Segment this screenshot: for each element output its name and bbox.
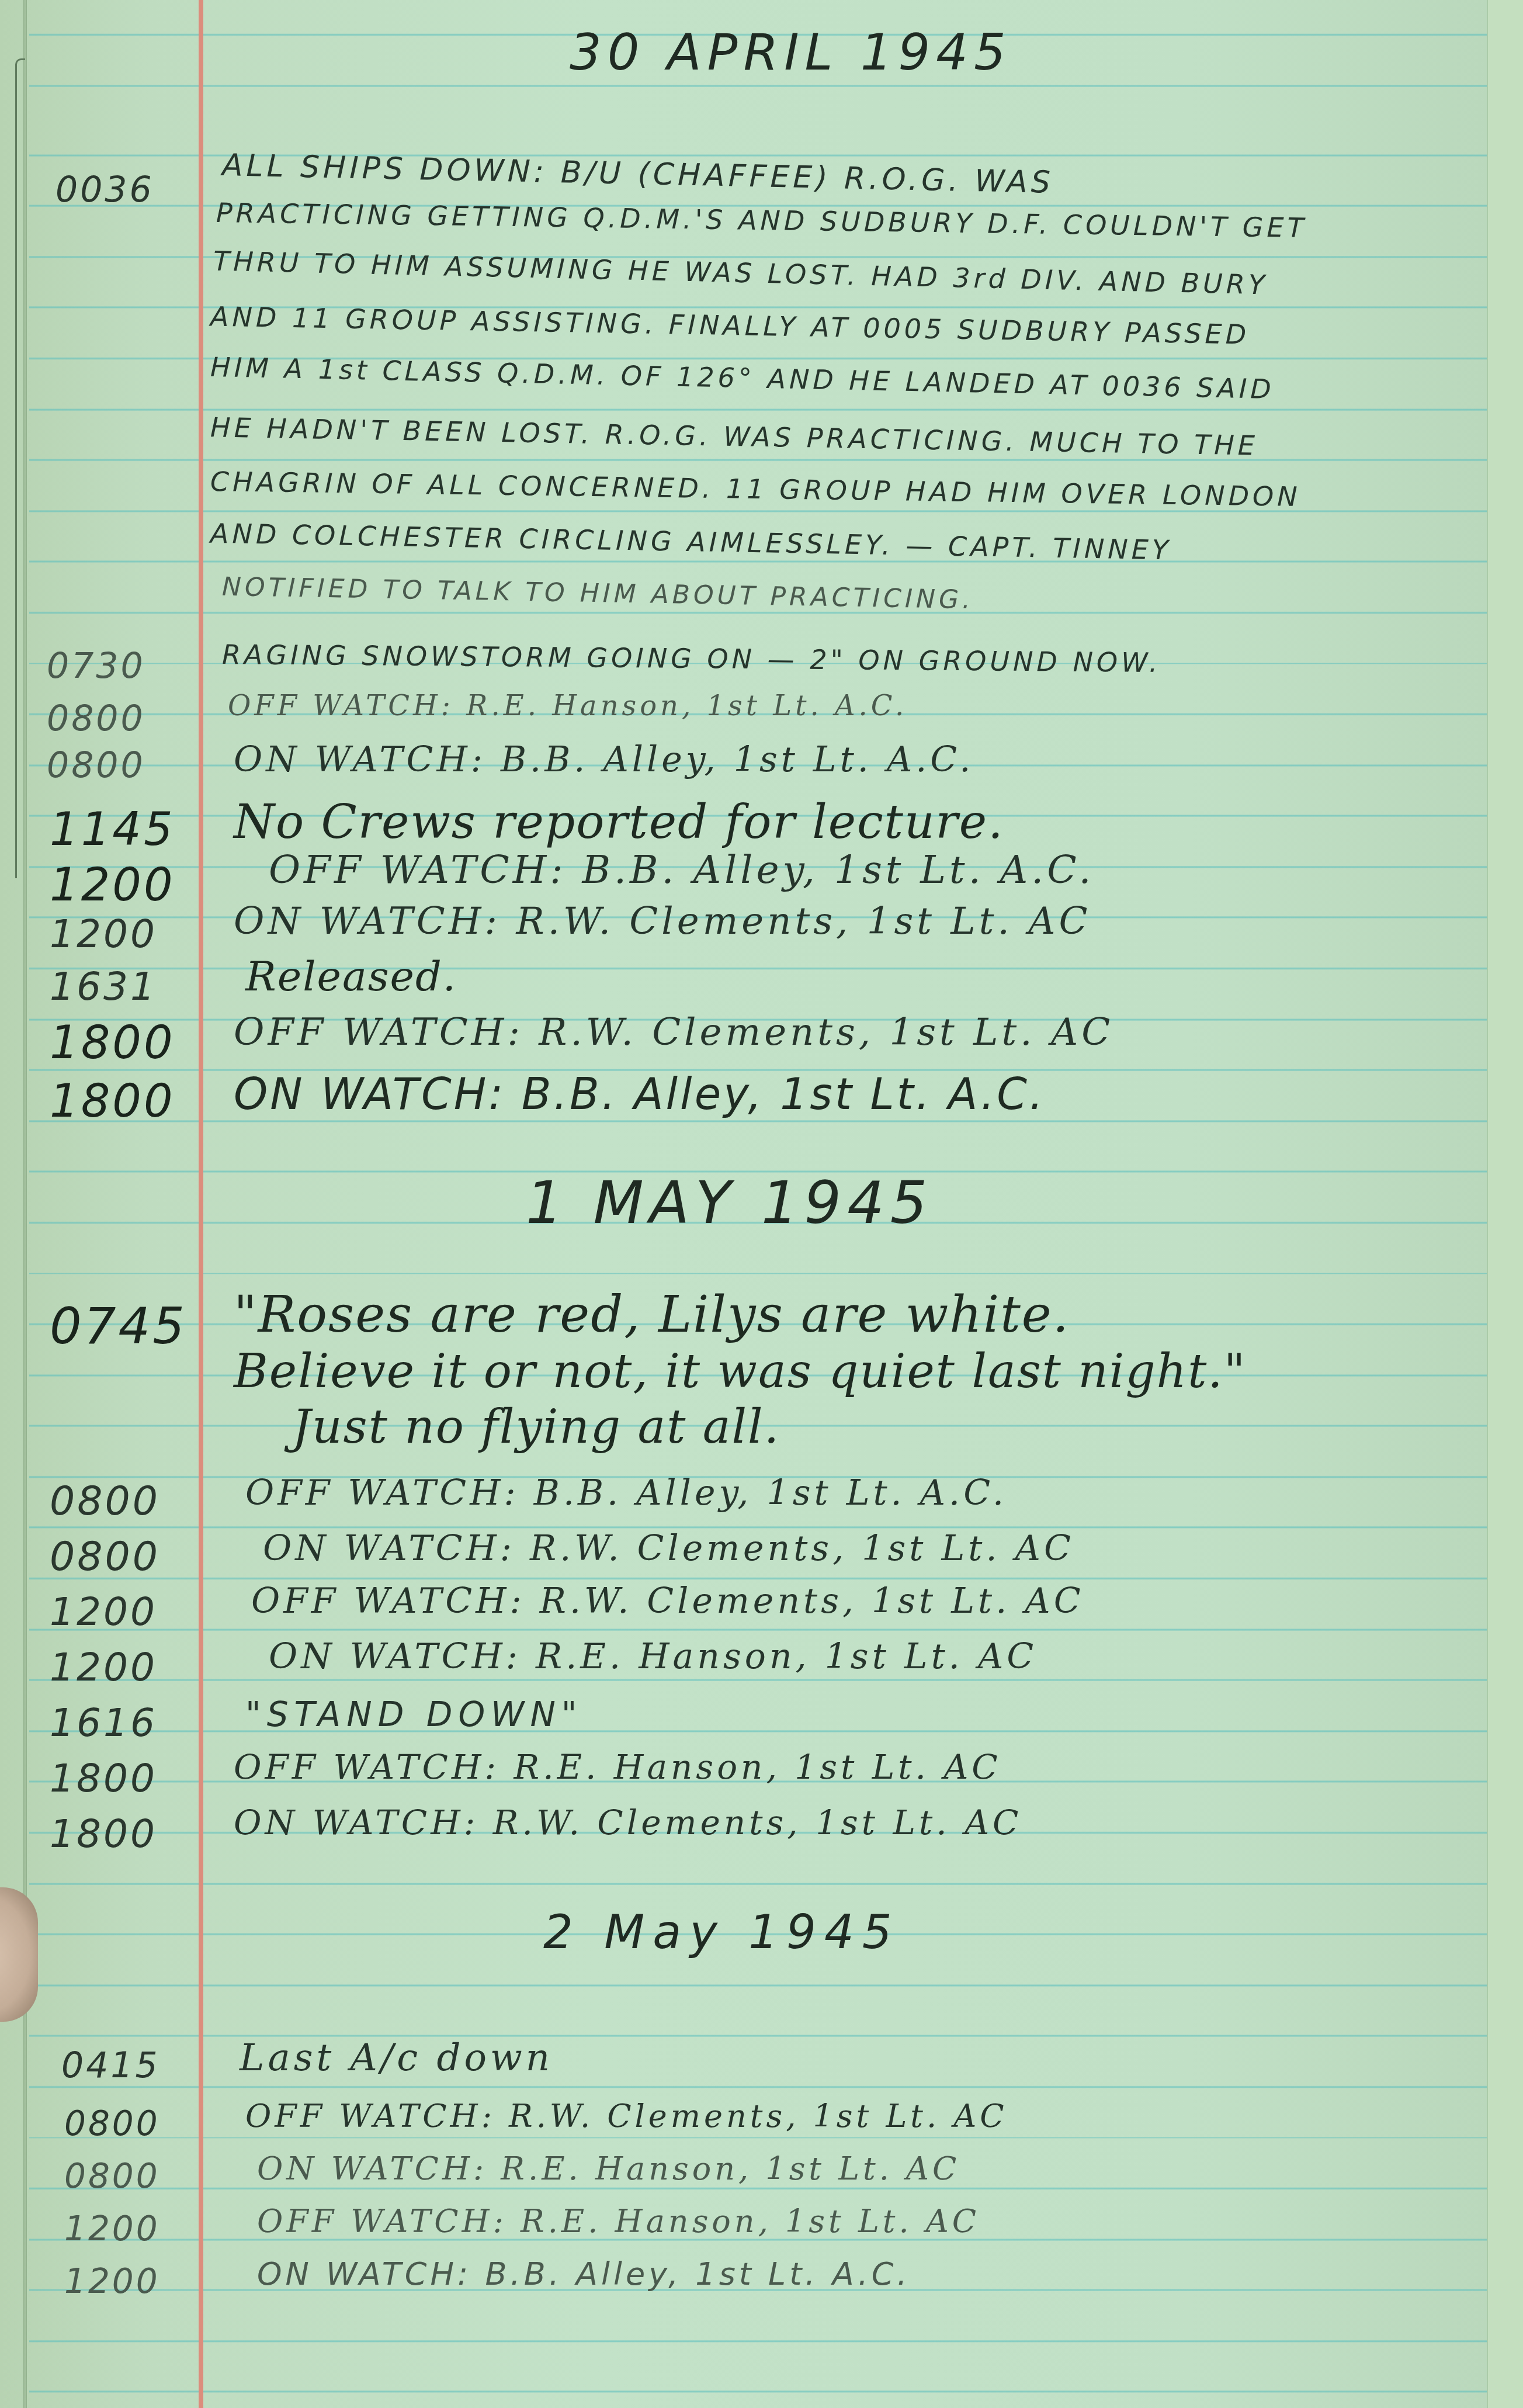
adjacent-page-edge (1487, 0, 1523, 2408)
entry-time: 1200 (50, 912, 157, 957)
entry-time: 1200 (50, 1645, 157, 1690)
entry-text: Just no flying at all. (292, 1399, 780, 1454)
watch-entry: OFF WATCH: R.E. Hanson, 1st Lt. A.C. (228, 690, 907, 722)
red-margin-line (199, 0, 203, 2408)
entry-time: 0800 (47, 745, 145, 786)
watch-entry: ON WATCH: B.B. Alley, 1st Lt. A.C. (234, 739, 974, 780)
entry-time: 1145 (50, 803, 175, 856)
entry-time: 0036 (55, 169, 154, 210)
entry-time: 1200 (64, 2261, 160, 2301)
entry-time: 0800 (50, 1534, 160, 1580)
thumb (0, 1887, 38, 2022)
watch-entry: ON WATCH: R.W. Clements, 1st Lt. AC (263, 1528, 1074, 1569)
watch-entry: OFF WATCH: R.W. Clements, 1st Lt. AC (251, 1581, 1084, 1621)
entry-time: 1616 (50, 1700, 157, 1745)
entry-text: Released. (245, 952, 457, 1000)
entry-time: 0730 (47, 646, 145, 687)
entry-text: Believe it or not, it was quiet last nig… (234, 1344, 1247, 1398)
watch-entry: ON WATCH: R.W. Clements, 1st Lt. AC (234, 900, 1091, 943)
watch-entry: OFF WATCH: R.W. Clements, 1st Lt. AC (234, 1011, 1113, 1054)
watch-entry: OFF WATCH: B.B. Alley, 1st Lt. A.C. (245, 1472, 1007, 1513)
entry-time: 1800 (50, 1017, 175, 1069)
section-date: 30 APRIL 1945 (570, 23, 1012, 82)
watch-entry: ON WATCH: R.E. Hanson, 1st Lt. AC (269, 1636, 1037, 1677)
entry-time: 0800 (47, 698, 145, 739)
entry-time: 1800 (50, 1811, 157, 1856)
section-date: 2 May 1945 (543, 1905, 900, 1959)
watch-entry: OFF WATCH: B.B. Alley, 1st Lt. A.C. (269, 847, 1094, 892)
entry-time: 1200 (50, 859, 175, 912)
entry-time: 0800 (50, 1478, 160, 1525)
watch-entry: ON WATCH: B.B. Alley, 1st Lt. A.C. (257, 2255, 911, 2292)
entry-time: 0415 (61, 2045, 160, 2086)
entry-time: 1200 (50, 1589, 157, 1634)
entry-time: 0800 (64, 2104, 160, 2143)
entry-time: 1200 (64, 2209, 160, 2248)
entry-text: "Roses are red, Lilys are white. (234, 1286, 1070, 1344)
entry-text: "STAND DOWN" (245, 1695, 583, 1734)
entry-time: 1800 (50, 1756, 157, 1801)
watch-entry: OFF WATCH: R.E. Hanson, 1st Lt. AC (234, 1747, 1001, 1787)
watch-entry: OFF WATCH: R.W. Clements, 1st Lt. AC (245, 2098, 1008, 2135)
binding-mark (15, 58, 25, 878)
watch-entry: ON WATCH: R.E. Hanson, 1st Lt. AC (257, 2150, 960, 2187)
entry-time: 1631 (50, 964, 157, 1009)
entry-time: 1800 (50, 1075, 175, 1128)
entry-text: Last A/c down (240, 2036, 553, 2080)
watch-entry: OFF WATCH: R.E. Hanson, 1st Lt. AC (257, 2203, 980, 2240)
entry-text: No Crews reported for lecture. (234, 795, 1004, 849)
section-date: 1 MAY 1945 (526, 1169, 933, 1237)
watch-entry: ON WATCH: B.B. Alley, 1st Lt. A.C. (234, 1069, 1045, 1120)
entry-time: 0745 (50, 1297, 187, 1356)
entry-time: 0800 (64, 2156, 160, 2196)
watch-entry: ON WATCH: R.W. Clements, 1st Lt. AC (234, 1803, 1022, 1842)
